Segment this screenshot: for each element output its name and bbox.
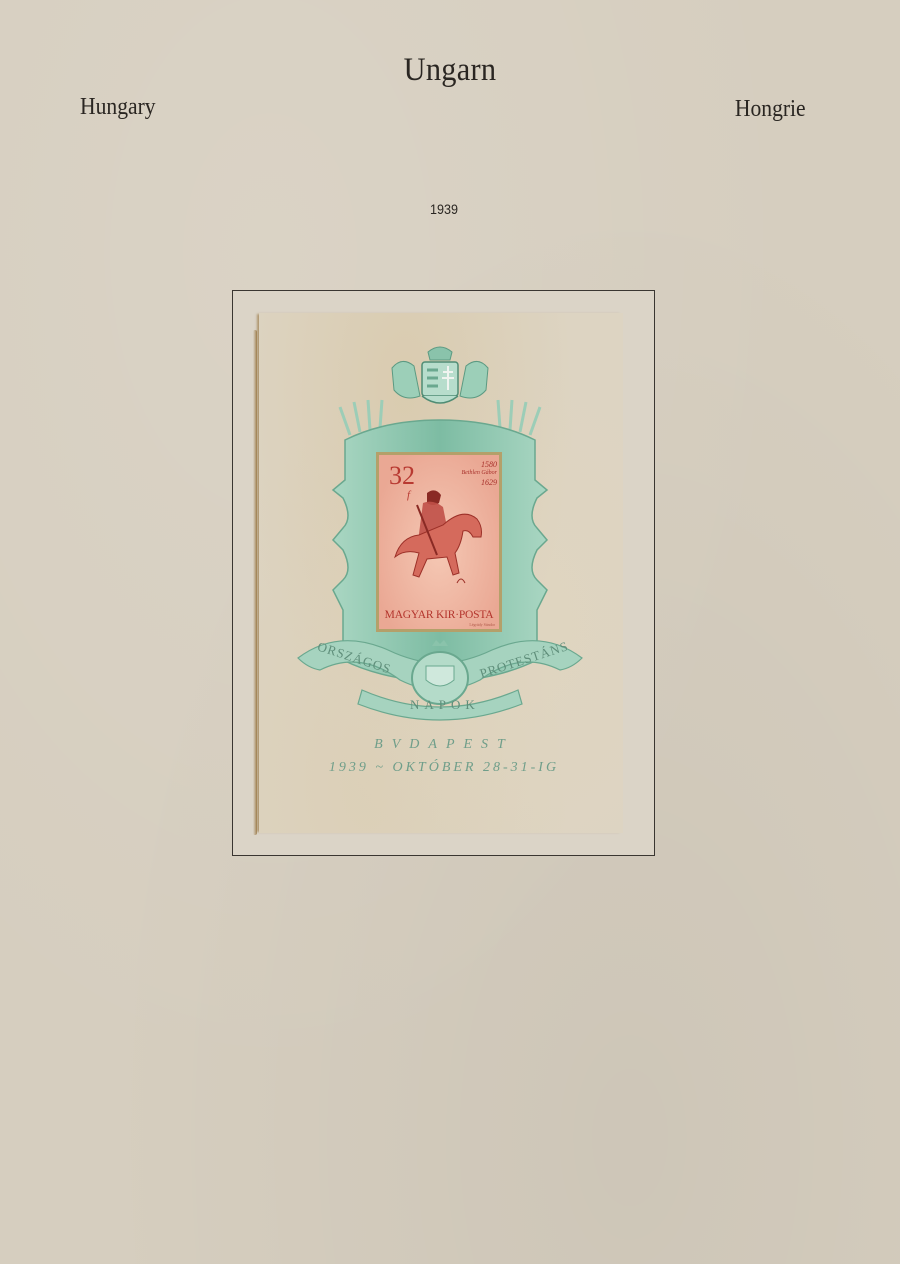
stamp-designer: Légrády Sándor xyxy=(469,622,495,627)
stamp-name-scroll: Bethlen Gábor xyxy=(439,469,497,478)
stamp-dates: 1580 Bethlen Gábor 1629 xyxy=(439,460,497,487)
stamp-image: 32 f 1580 Bethlen Gábor 1629 MAGYAR KIR·… xyxy=(379,455,499,629)
banner-bottom-text: NAPOK xyxy=(410,697,480,713)
stamp: 32 f 1580 Bethlen Gábor 1629 MAGYAR KIR·… xyxy=(376,452,502,632)
label-french: Hongrie xyxy=(735,96,806,123)
year-label: 1939 xyxy=(44,201,843,217)
sheet-city: BVDAPEST xyxy=(259,737,629,753)
stamp-caption: MAGYAR KIR·POSTA xyxy=(379,609,499,621)
sheet-event-dates: 1939 ~ OKTÓBER 28-31-IG xyxy=(259,760,629,776)
page-title: Ungarn xyxy=(36,52,864,89)
label-english: Hungary xyxy=(80,94,156,121)
horseman-icon xyxy=(387,485,491,595)
sheet-edge-shadow xyxy=(253,330,257,835)
coat-of-arms-icon xyxy=(392,347,488,403)
stamp-date-start: 1580 xyxy=(439,460,497,469)
